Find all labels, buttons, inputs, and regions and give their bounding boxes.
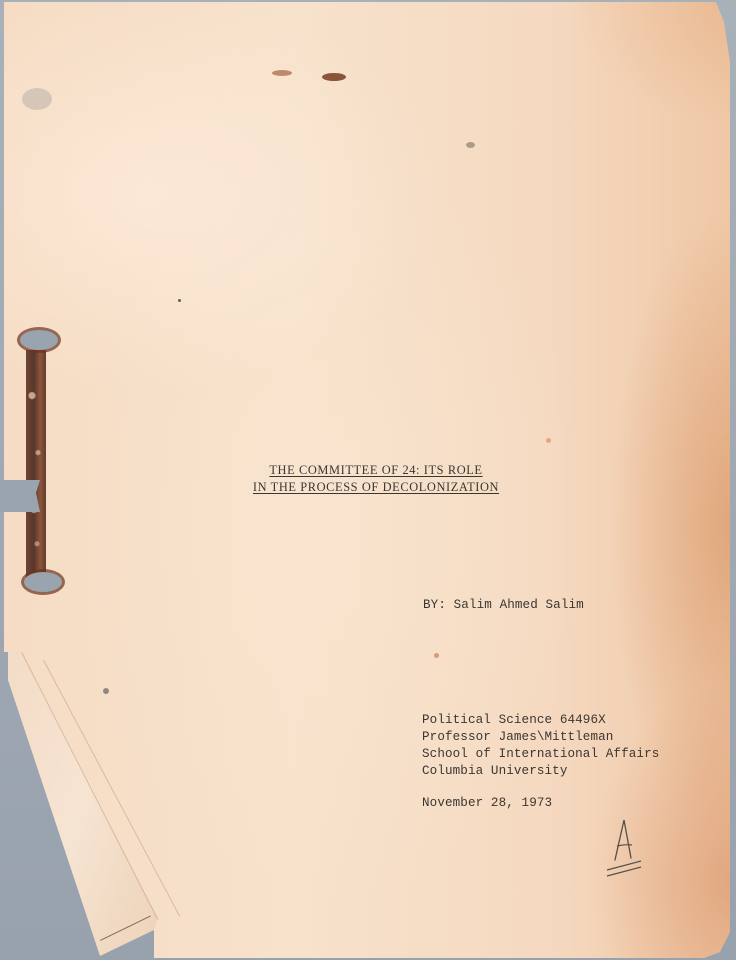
document-content: THE COMMITTEE OF 24: ITS ROLE IN THE PRO… (0, 0, 736, 960)
author-byline: BY: Salim Ahmed Salim (423, 597, 584, 614)
submission-date: November 28, 1973 (422, 795, 552, 812)
course-line: Political Science 64496X (422, 712, 659, 729)
professor-line: Professor James\Mittleman (422, 729, 659, 746)
title-line-2: IN THE PROCESS OF DECOLONIZATION (253, 479, 499, 496)
course-affiliation: Political Science 64496X Professor James… (422, 712, 659, 780)
document-title: THE COMMITTEE OF 24: ITS ROLE IN THE PRO… (226, 462, 526, 496)
title-line-1: THE COMMITTEE OF 24: ITS ROLE (269, 462, 482, 479)
university-line: Columbia University (422, 763, 659, 780)
handwritten-grade-icon (605, 812, 655, 882)
school-line: School of International Affairs (422, 746, 659, 763)
